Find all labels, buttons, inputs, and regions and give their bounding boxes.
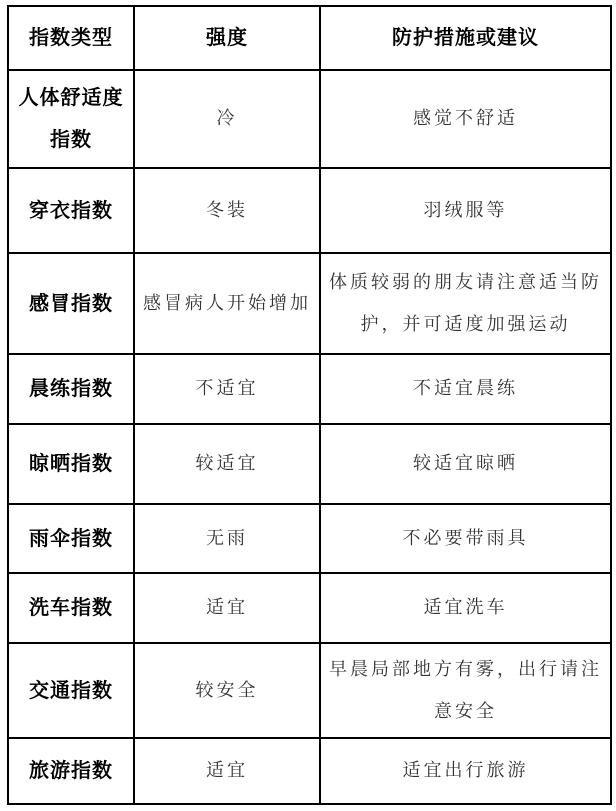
weather-index-table: 指数类型 强度 防护措施或建议 人体舒适度指数 冷 感觉不舒适 穿衣指数 冬装 … bbox=[7, 5, 612, 805]
cell-index-type: 穿衣指数 bbox=[8, 168, 134, 253]
header-index-type: 指数类型 bbox=[8, 6, 134, 70]
table-row-morning-exercise-index: 晨练指数 不适宜 不适宜晨练 bbox=[8, 354, 611, 424]
table-row-umbrella-index: 雨伞指数 无雨 不必要带雨具 bbox=[8, 504, 611, 573]
cell-advice: 早晨局部地方有雾，出行请注意安全 bbox=[320, 643, 611, 738]
cell-index-type: 旅游指数 bbox=[8, 738, 134, 804]
cell-strength: 较安全 bbox=[134, 643, 320, 738]
cell-index-type: 晾晒指数 bbox=[8, 424, 134, 504]
cell-strength: 冬装 bbox=[134, 168, 320, 253]
cell-index-type: 雨伞指数 bbox=[8, 504, 134, 573]
cell-strength: 适宜 bbox=[134, 573, 320, 643]
cell-strength: 不适宜 bbox=[134, 354, 320, 424]
table-row-drying-index: 晾晒指数 较适宜 较适宜晾晒 bbox=[8, 424, 611, 504]
cell-advice: 较适宜晾晒 bbox=[320, 424, 611, 504]
table-row-car-wash-index: 洗车指数 适宜 适宜洗车 bbox=[8, 573, 611, 643]
table-header-row: 指数类型 强度 防护措施或建议 bbox=[8, 6, 611, 70]
table-row-cold-index: 感冒指数 感冒病人开始增加 体质较弱的朋友请注意适当防护，并可适度加强运动 bbox=[8, 253, 611, 354]
header-advice: 防护措施或建议 bbox=[320, 6, 611, 70]
table-row-traffic-index: 交通指数 较安全 早晨局部地方有雾，出行请注意安全 bbox=[8, 643, 611, 738]
cell-index-type: 人体舒适度指数 bbox=[8, 70, 134, 168]
cell-strength: 适宜 bbox=[134, 738, 320, 804]
cell-advice: 感觉不舒适 bbox=[320, 70, 611, 168]
cell-advice: 适宜洗车 bbox=[320, 573, 611, 643]
header-strength: 强度 bbox=[134, 6, 320, 70]
cell-advice: 体质较弱的朋友请注意适当防护，并可适度加强运动 bbox=[320, 253, 611, 354]
cell-strength: 无雨 bbox=[134, 504, 320, 573]
table-row-travel-index: 旅游指数 适宜 适宜出行旅游 bbox=[8, 738, 611, 804]
cell-advice: 不适宜晨练 bbox=[320, 354, 611, 424]
cell-index-type: 晨练指数 bbox=[8, 354, 134, 424]
table-row-dressing-index: 穿衣指数 冬装 羽绒服等 bbox=[8, 168, 611, 253]
cell-index-type: 交通指数 bbox=[8, 643, 134, 738]
cell-index-type: 洗车指数 bbox=[8, 573, 134, 643]
cell-advice: 不必要带雨具 bbox=[320, 504, 611, 573]
cell-advice: 适宜出行旅游 bbox=[320, 738, 611, 804]
cell-strength: 冷 bbox=[134, 70, 320, 168]
table-row-comfort-index: 人体舒适度指数 冷 感觉不舒适 bbox=[8, 70, 611, 168]
cell-strength: 较适宜 bbox=[134, 424, 320, 504]
cell-advice: 羽绒服等 bbox=[320, 168, 611, 253]
cell-strength: 感冒病人开始增加 bbox=[134, 253, 320, 354]
cell-index-type: 感冒指数 bbox=[8, 253, 134, 354]
